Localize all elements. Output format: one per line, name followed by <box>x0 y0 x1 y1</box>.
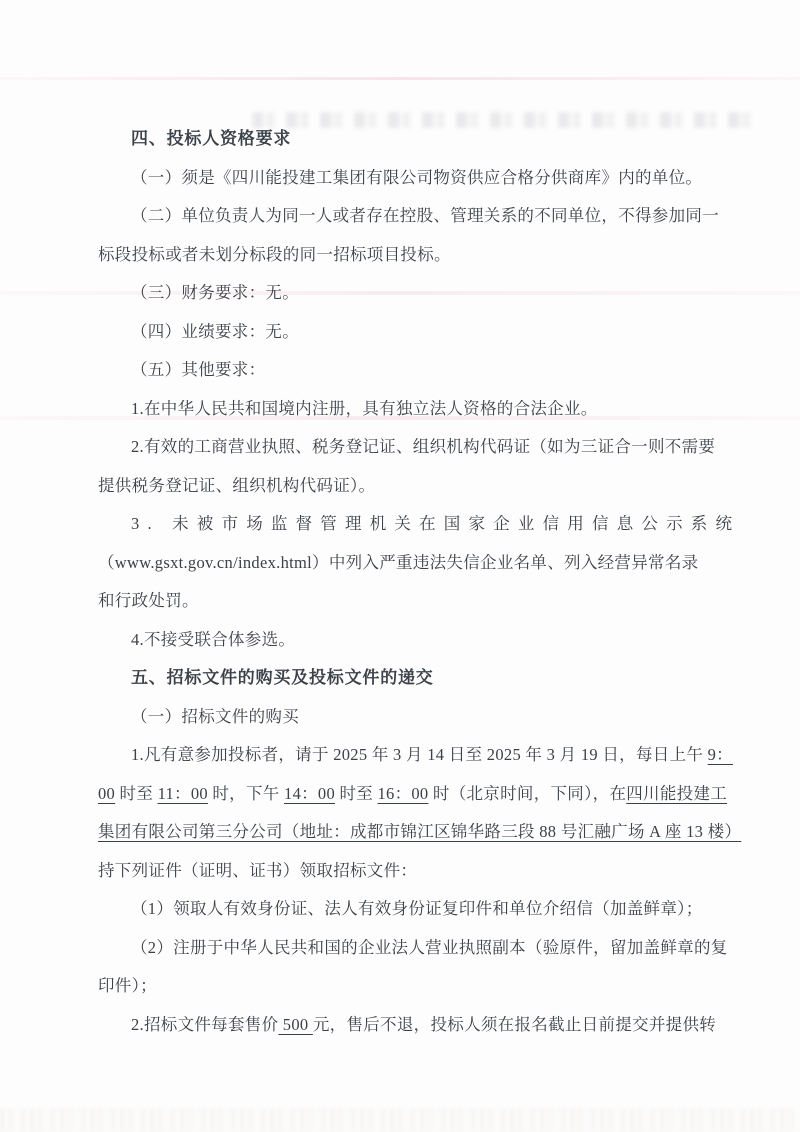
text-line: （一）招标文件的购买 <box>98 698 710 737</box>
text-segment: （二）单位负责人为同一人或者存在控股、管理关系的不同单位，不得参加同一 <box>131 206 719 225</box>
text-line: 集团有限公司第三分公司（地址：成都市锦江区锦华路三段 88 号汇融广场 A 座 … <box>98 813 710 852</box>
text-line: （www.gsxt.gov.cn/index.html）中列入严重违法失信企业名… <box>98 544 710 583</box>
document-body: 四、投标人资格要求（一）须是《四川能投建工集团有限公司物资供应合格分供商库》内的… <box>98 120 710 1044</box>
text-segment: （一）招标文件的购买 <box>131 707 299 726</box>
text-segment: 1.在中华人民共和国境内注册，具有独立法人资格的合法企业。 <box>131 399 598 418</box>
text-segment: （2）注册于中华人民共和国的企业法人营业执照副本（验原件，留加盖鲜章的复 <box>131 938 728 957</box>
text-line: 提供税务登记证、组织机构代码证）。 <box>98 467 710 506</box>
underlined-text: 00 <box>98 784 115 803</box>
underlined-text: 16：00 <box>377 784 428 803</box>
text-segment: 时至 <box>115 784 157 803</box>
text-line: 标段投标或者未划分标段的同一招标项目投标。 <box>98 236 710 275</box>
text-segment: 标段投标或者未划分标段的同一招标项目投标。 <box>98 245 451 264</box>
text-segment: 3. 未被市场监督管理机关在国家企业信用信息公示系统 <box>131 514 740 533</box>
text-line: 1.在中华人民共和国境内注册，具有独立法人资格的合法企业。 <box>98 390 710 429</box>
underlined-text: 14：00 <box>284 784 335 803</box>
section-heading: 五、招标文件的购买及投标文件的递交 <box>98 659 710 698</box>
text-line: （一）须是《四川能投建工集团有限公司物资供应合格分供商库》内的单位。 <box>98 159 710 198</box>
text-line: 1.凡有意参加投标者，请于 2025 年 3 月 14 日至 2025 年 3 … <box>98 736 710 775</box>
text-segment: 五、招标文件的购买及投标文件的递交 <box>131 668 434 687</box>
text-line: 印件）； <box>98 967 710 1006</box>
underlined-text: 500 <box>278 1015 313 1034</box>
text-segment: （一）须是《四川能投建工集团有限公司物资供应合格分供商库》内的单位。 <box>131 168 702 187</box>
text-segment: 提供税务登记证、组织机构代码证）。 <box>98 476 375 495</box>
scan-artifact-line <box>0 77 800 80</box>
underlined-text: 集团有限公司第三分公司（地址：成都市锦江区锦华路三段 88 号汇融广场 A 座 … <box>98 822 741 841</box>
text-segment: 时至 <box>335 784 377 803</box>
underlined-text: 11：00 <box>158 784 208 803</box>
text-segment: 印件）； <box>98 976 157 995</box>
underlined-text: 9： <box>708 745 733 764</box>
text-segment: （1）领取人有效身份证、法人有效身份证复印件和单位介绍信（加盖鲜章）； <box>131 899 703 918</box>
text-segment: 时，下午 <box>208 784 284 803</box>
text-line: 00 时至 11：00 时，下午 14：00 时至 16：00 时（北京时间，下… <box>98 775 710 814</box>
text-line: 2.有效的工商营业执照、税务登记证、组织机构代码证（如为三证合一则不需要 <box>98 428 710 467</box>
text-line: 4.不接受联合体参选。 <box>98 621 710 660</box>
text-line: 2.招标文件每套售价 500 元，售后不退，投标人须在报名截止日前提交并提供转 <box>98 1006 710 1045</box>
text-segment: 和行政处罚。 <box>98 591 199 610</box>
section-heading: 四、投标人资格要求 <box>98 120 710 159</box>
text-segment: 时（北京时间，下同），在 <box>428 784 626 803</box>
text-segment: （五）其他要求： <box>131 360 265 379</box>
text-segment: （四）业绩要求：无。 <box>131 322 299 341</box>
text-segment: 2.有效的工商营业执照、税务登记证、组织机构代码证（如为三证合一则不需要 <box>131 437 715 456</box>
text-segment: 元，售后不退，投标人须在报名截止日前提交并提供转 <box>313 1015 716 1034</box>
text-line: （1）领取人有效身份证、法人有效身份证复印件和单位介绍信（加盖鲜章）； <box>98 890 710 929</box>
text-line: （2）注册于中华人民共和国的企业法人营业执照副本（验原件，留加盖鲜章的复 <box>98 929 710 968</box>
text-line: （四）业绩要求：无。 <box>98 313 710 352</box>
text-segment: （三）财务要求：无。 <box>131 283 299 302</box>
scan-noise-band <box>0 1108 800 1132</box>
text-line: （二）单位负责人为同一人或者存在控股、管理关系的不同单位，不得参加同一 <box>98 197 710 236</box>
text-segment: 4.不接受联合体参选。 <box>131 630 295 649</box>
document-page: 四、投标人资格要求（一）须是《四川能投建工集团有限公司物资供应合格分供商库》内的… <box>0 0 800 1132</box>
text-line: （三）财务要求：无。 <box>98 274 710 313</box>
text-segment: （www.gsxt.gov.cn/index.html）中列入严重违法失信企业名… <box>98 553 698 572</box>
text-segment: 1.凡有意参加投标者，请于 2025 年 3 月 14 日至 2025 年 3 … <box>131 745 708 764</box>
text-line: 持下列证件（证明、证书）领取招标文件： <box>98 852 710 891</box>
text-line: 和行政处罚。 <box>98 582 710 621</box>
text-segment: 持下列证件（证明、证书）领取招标文件： <box>98 861 417 880</box>
underlined-text: 四川能投建工 <box>626 784 727 803</box>
text-line: 3. 未被市场监督管理机关在国家企业信用信息公示系统 <box>98 505 710 544</box>
text-segment: 2.招标文件每套售价 <box>131 1015 278 1034</box>
text-segment: 四、投标人资格要求 <box>131 129 291 148</box>
text-line: （五）其他要求： <box>98 351 710 390</box>
